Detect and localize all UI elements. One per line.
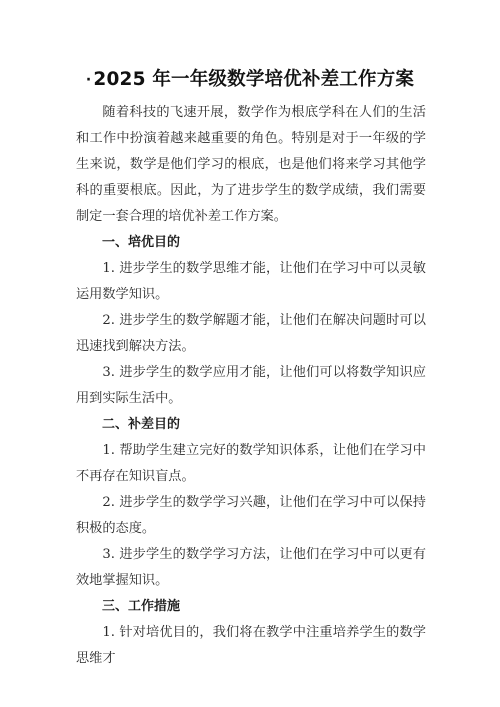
list-item: 2. 进步学生的数学解题才能，让他们在解决问题时可以迅速找到解决方法。 <box>76 308 426 360</box>
list-item: 1. 帮助学生建立完好的数学知识体系，让他们在学习中不再存在知识盲点。 <box>76 438 426 490</box>
list-item: 3. 进步学生的数学应用才能，让他们可以将数学知识应用到实际生活中。 <box>76 360 426 412</box>
title-text: 2025 年一年级数学培优补差工作方案 <box>93 69 414 90</box>
section-heading: 三、工作措施 <box>76 594 426 620</box>
intro-paragraph: 随着科技的飞速开展，数学作为根底学科在人们的生活和工作中扮演着越来越重要的角色。… <box>76 100 426 230</box>
document-body: 随着科技的飞速开展，数学作为根底学科在人们的生活和工作中扮演着越来越重要的角色。… <box>76 100 426 672</box>
title-mark: · <box>86 72 92 88</box>
list-item: 1. 针对培优目的，我们将在教学中注重培养学生的数学思维才 <box>76 620 426 672</box>
list-item: 2. 进步学生的数学学习兴趣，让他们在学习中可以保持积极的态度。 <box>76 490 426 542</box>
document-page: ·2025 年一年级数学培优补差工作方案 随着科技的飞速开展，数学作为根底学科在… <box>0 0 500 707</box>
section-heading: 一、培优目的 <box>76 230 426 256</box>
document-title: ·2025 年一年级数学培优补差工作方案 <box>0 66 500 94</box>
section-heading: 二、补差目的 <box>76 412 426 438</box>
list-item: 3. 进步学生的数学学习方法，让他们在学习中可以更有效地掌握知识。 <box>76 542 426 594</box>
list-item: 1. 进步学生的数学思维才能，让他们在学习中可以灵敏运用数学知识。 <box>76 256 426 308</box>
